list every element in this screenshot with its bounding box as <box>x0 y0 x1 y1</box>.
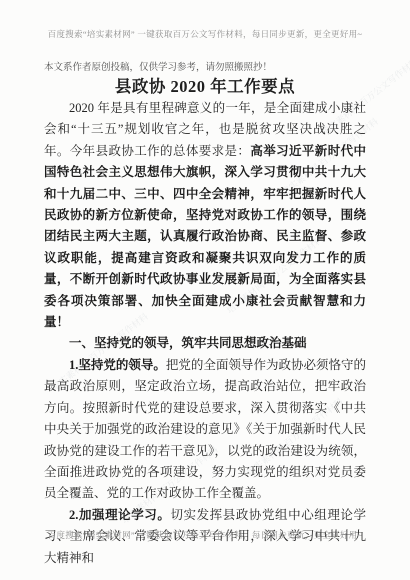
document-page: 百度搜索“培实素材网” 一键获取百万公文写作材料，每日同步更新，更全更好用~ 培… <box>0 0 410 580</box>
document-body: 2020 年是具有里程碑意义的一年，是全面建成小康社会和“十三五”规划收官之年，… <box>44 98 366 569</box>
header-watermark-text: 百度搜索“培实素材网” 一键获取百万公文写作材料，每日同步更新，更全更好用~ <box>0 28 410 40</box>
paragraph-overview-bold-run: 高举习近平新时代中国特色社会主义思想伟大旗帜，深入学习贯彻中共十九大和十九届二中… <box>44 144 366 329</box>
paragraph-item-1-text: 把党的全面领导作为政协必须恪守的最高政治原则，坚定政治立场，提高政治站位，把牢政… <box>44 358 366 500</box>
author-disclaimer-text: 本文系作者原创投稿，仅供学习参考，请勿照搬照抄！ <box>44 59 272 73</box>
page-title: 县政协 2020 年工作要点 <box>0 73 410 97</box>
paragraph-item-2-lead: 2.加强理论学习。 <box>69 508 170 522</box>
paragraph-overview: 2020 年是具有里程碑意义的一年，是全面建成小康社会和“十三五”规划收官之年，… <box>44 98 366 333</box>
section-heading-1: 一、坚持党的领导，筑牢共同思想政治基础 <box>44 333 366 354</box>
paragraph-item-1: 1.坚持党的领导。把党的全面领导作为政协必须恪守的最高政治原则，坚定政治立场，提… <box>44 355 366 505</box>
paragraph-item-1-lead: 1.坚持党的领导。 <box>69 358 166 372</box>
footer-watermark-text: 百度搜索“培实素材网” 一键获取百万公文写作材料，每日同步更新，更全更好用~ <box>0 529 410 541</box>
